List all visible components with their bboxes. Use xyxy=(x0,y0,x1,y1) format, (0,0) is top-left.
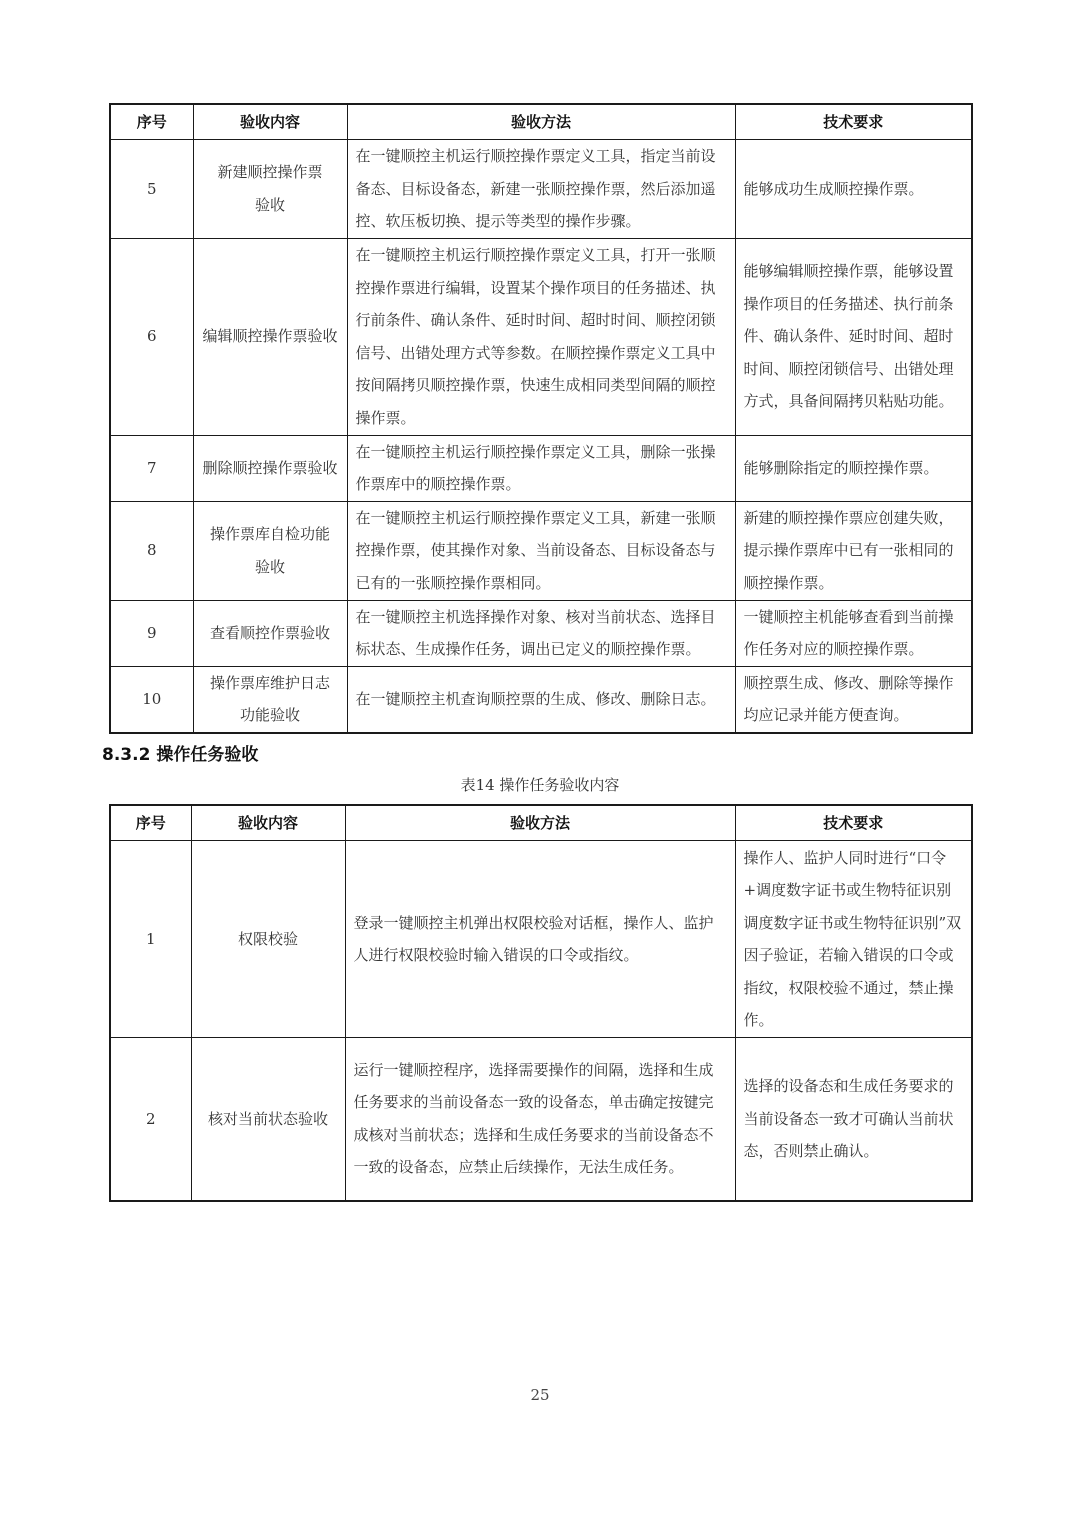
row-method: 在一键顺控主机运行顺控操作票定义工具，打开一张顺控操作票进行编辑，设置某个操作项… xyxy=(347,238,735,435)
row-method: 运行一键顺控程序，选择需要操作的间隔，选择和生成任务要求的当前设备态一致的设备态… xyxy=(345,1038,735,1201)
row-requirement: 一键顺控主机能够查看到当前操作任务对应的顺控操作票。 xyxy=(735,600,972,666)
row-method: 在一键顺控主机运行顺控操作票定义工具，指定当前设备态、目标设备态，新建一张顺控操… xyxy=(347,140,735,239)
table-row: 10 操作票库维护日志功能验收 在一键顺控主机查询顺控票的生成、修改、删除日志。… xyxy=(110,666,972,733)
table-row: 6 编辑顺控操作票验收 在一键顺控主机运行顺控操作票定义工具，打开一张顺控操作票… xyxy=(110,238,972,435)
row-no: 6 xyxy=(110,238,193,435)
acceptance-table-14: 序号 验收内容 验收方法 技术要求 1 权限校验 登录一键顺控主机弹出权限校验对… xyxy=(109,804,973,1202)
row-requirement: 新建的顺控操作票应创建失败，提示操作票库中已有一张相同的顺控操作票。 xyxy=(735,501,972,600)
header-method: 验收方法 xyxy=(347,104,735,140)
table-header-row: 序号 验收内容 验收方法 技术要求 xyxy=(110,104,972,140)
row-content: 核对当前状态验收 xyxy=(191,1038,345,1201)
header-method: 验收方法 xyxy=(345,805,735,841)
row-no: 9 xyxy=(110,600,193,666)
row-no: 5 xyxy=(110,140,193,239)
acceptance-table-13: 序号 验收内容 验收方法 技术要求 5 新建顺控操作票验收 在一键顺控主机运行顺… xyxy=(109,103,973,734)
row-requirement: 操作人、监护人同时进行“口令+调度数字证书或生物特征识别调度数字证书或生物特征识… xyxy=(735,841,972,1038)
row-method: 在一键顺控主机运行顺控操作票定义工具，新建一张顺控操作票，使其操作对象、当前设备… xyxy=(347,501,735,600)
header-content: 验收内容 xyxy=(191,805,345,841)
section-title: 8.3.2 操作任务验收 xyxy=(102,740,258,765)
table-header-row: 序号 验收内容 验收方法 技术要求 xyxy=(110,805,972,841)
row-content: 操作票库维护日志功能验收 xyxy=(193,666,347,733)
page-number: 25 xyxy=(0,1386,1080,1404)
table-row: 9 查看顺控作票验收 在一键顺控主机选择操作对象、核对当前状态、选择目标状态、生… xyxy=(110,600,972,666)
table-row: 1 权限校验 登录一键顺控主机弹出权限校验对话框，操作人、监护人进行权限校验时输… xyxy=(110,841,972,1038)
row-requirement: 顺控票生成、修改、删除等操作均应记录并能方便查询。 xyxy=(735,666,972,733)
row-content: 查看顺控作票验收 xyxy=(193,600,347,666)
row-method: 在一键顺控主机查询顺控票的生成、修改、删除日志。 xyxy=(347,666,735,733)
table-row: 5 新建顺控操作票验收 在一键顺控主机运行顺控操作票定义工具，指定当前设备态、目… xyxy=(110,140,972,239)
row-content: 删除顺控操作票验收 xyxy=(193,435,347,501)
row-no: 8 xyxy=(110,501,193,600)
row-requirement: 选择的设备态和生成任务要求的当前设备态一致才可确认当前状态，否则禁止确认。 xyxy=(735,1038,972,1201)
row-content: 编辑顺控操作票验收 xyxy=(193,238,347,435)
header-requirement: 技术要求 xyxy=(735,104,972,140)
row-requirement: 能够删除指定的顺控操作票。 xyxy=(735,435,972,501)
row-content: 操作票库自检功能验收 xyxy=(193,501,347,600)
row-method: 登录一键顺控主机弹出权限校验对话框，操作人、监护人进行权限校验时输入错误的口令或… xyxy=(345,841,735,1038)
row-method: 在一键顺控主机运行顺控操作票定义工具，删除一张操作票库中的顺控操作票。 xyxy=(347,435,735,501)
header-requirement: 技术要求 xyxy=(735,805,972,841)
row-no: 7 xyxy=(110,435,193,501)
row-no: 1 xyxy=(110,841,191,1038)
table-row: 8 操作票库自检功能验收 在一键顺控主机运行顺控操作票定义工具，新建一张顺控操作… xyxy=(110,501,972,600)
row-content: 权限校验 xyxy=(191,841,345,1038)
header-no: 序号 xyxy=(110,805,191,841)
row-no: 10 xyxy=(110,666,193,733)
row-no: 2 xyxy=(110,1038,191,1201)
row-requirement: 能够编辑顺控操作票，能够设置操作项目的任务描述、执行前条件、确认条件、延时时间、… xyxy=(735,238,972,435)
row-content: 新建顺控操作票验收 xyxy=(193,140,347,239)
row-requirement: 能够成功生成顺控操作票。 xyxy=(735,140,972,239)
row-method: 在一键顺控主机选择操作对象、核对当前状态、选择目标状态、生成操作任务，调出已定义… xyxy=(347,600,735,666)
table-row: 7 删除顺控操作票验收 在一键顺控主机运行顺控操作票定义工具，删除一张操作票库中… xyxy=(110,435,972,501)
header-content: 验收内容 xyxy=(193,104,347,140)
table-row: 2 核对当前状态验收 运行一键顺控程序，选择需要操作的间隔，选择和生成任务要求的… xyxy=(110,1038,972,1201)
table-caption: 表14 操作任务验收内容 xyxy=(0,774,1080,795)
header-no: 序号 xyxy=(110,104,193,140)
